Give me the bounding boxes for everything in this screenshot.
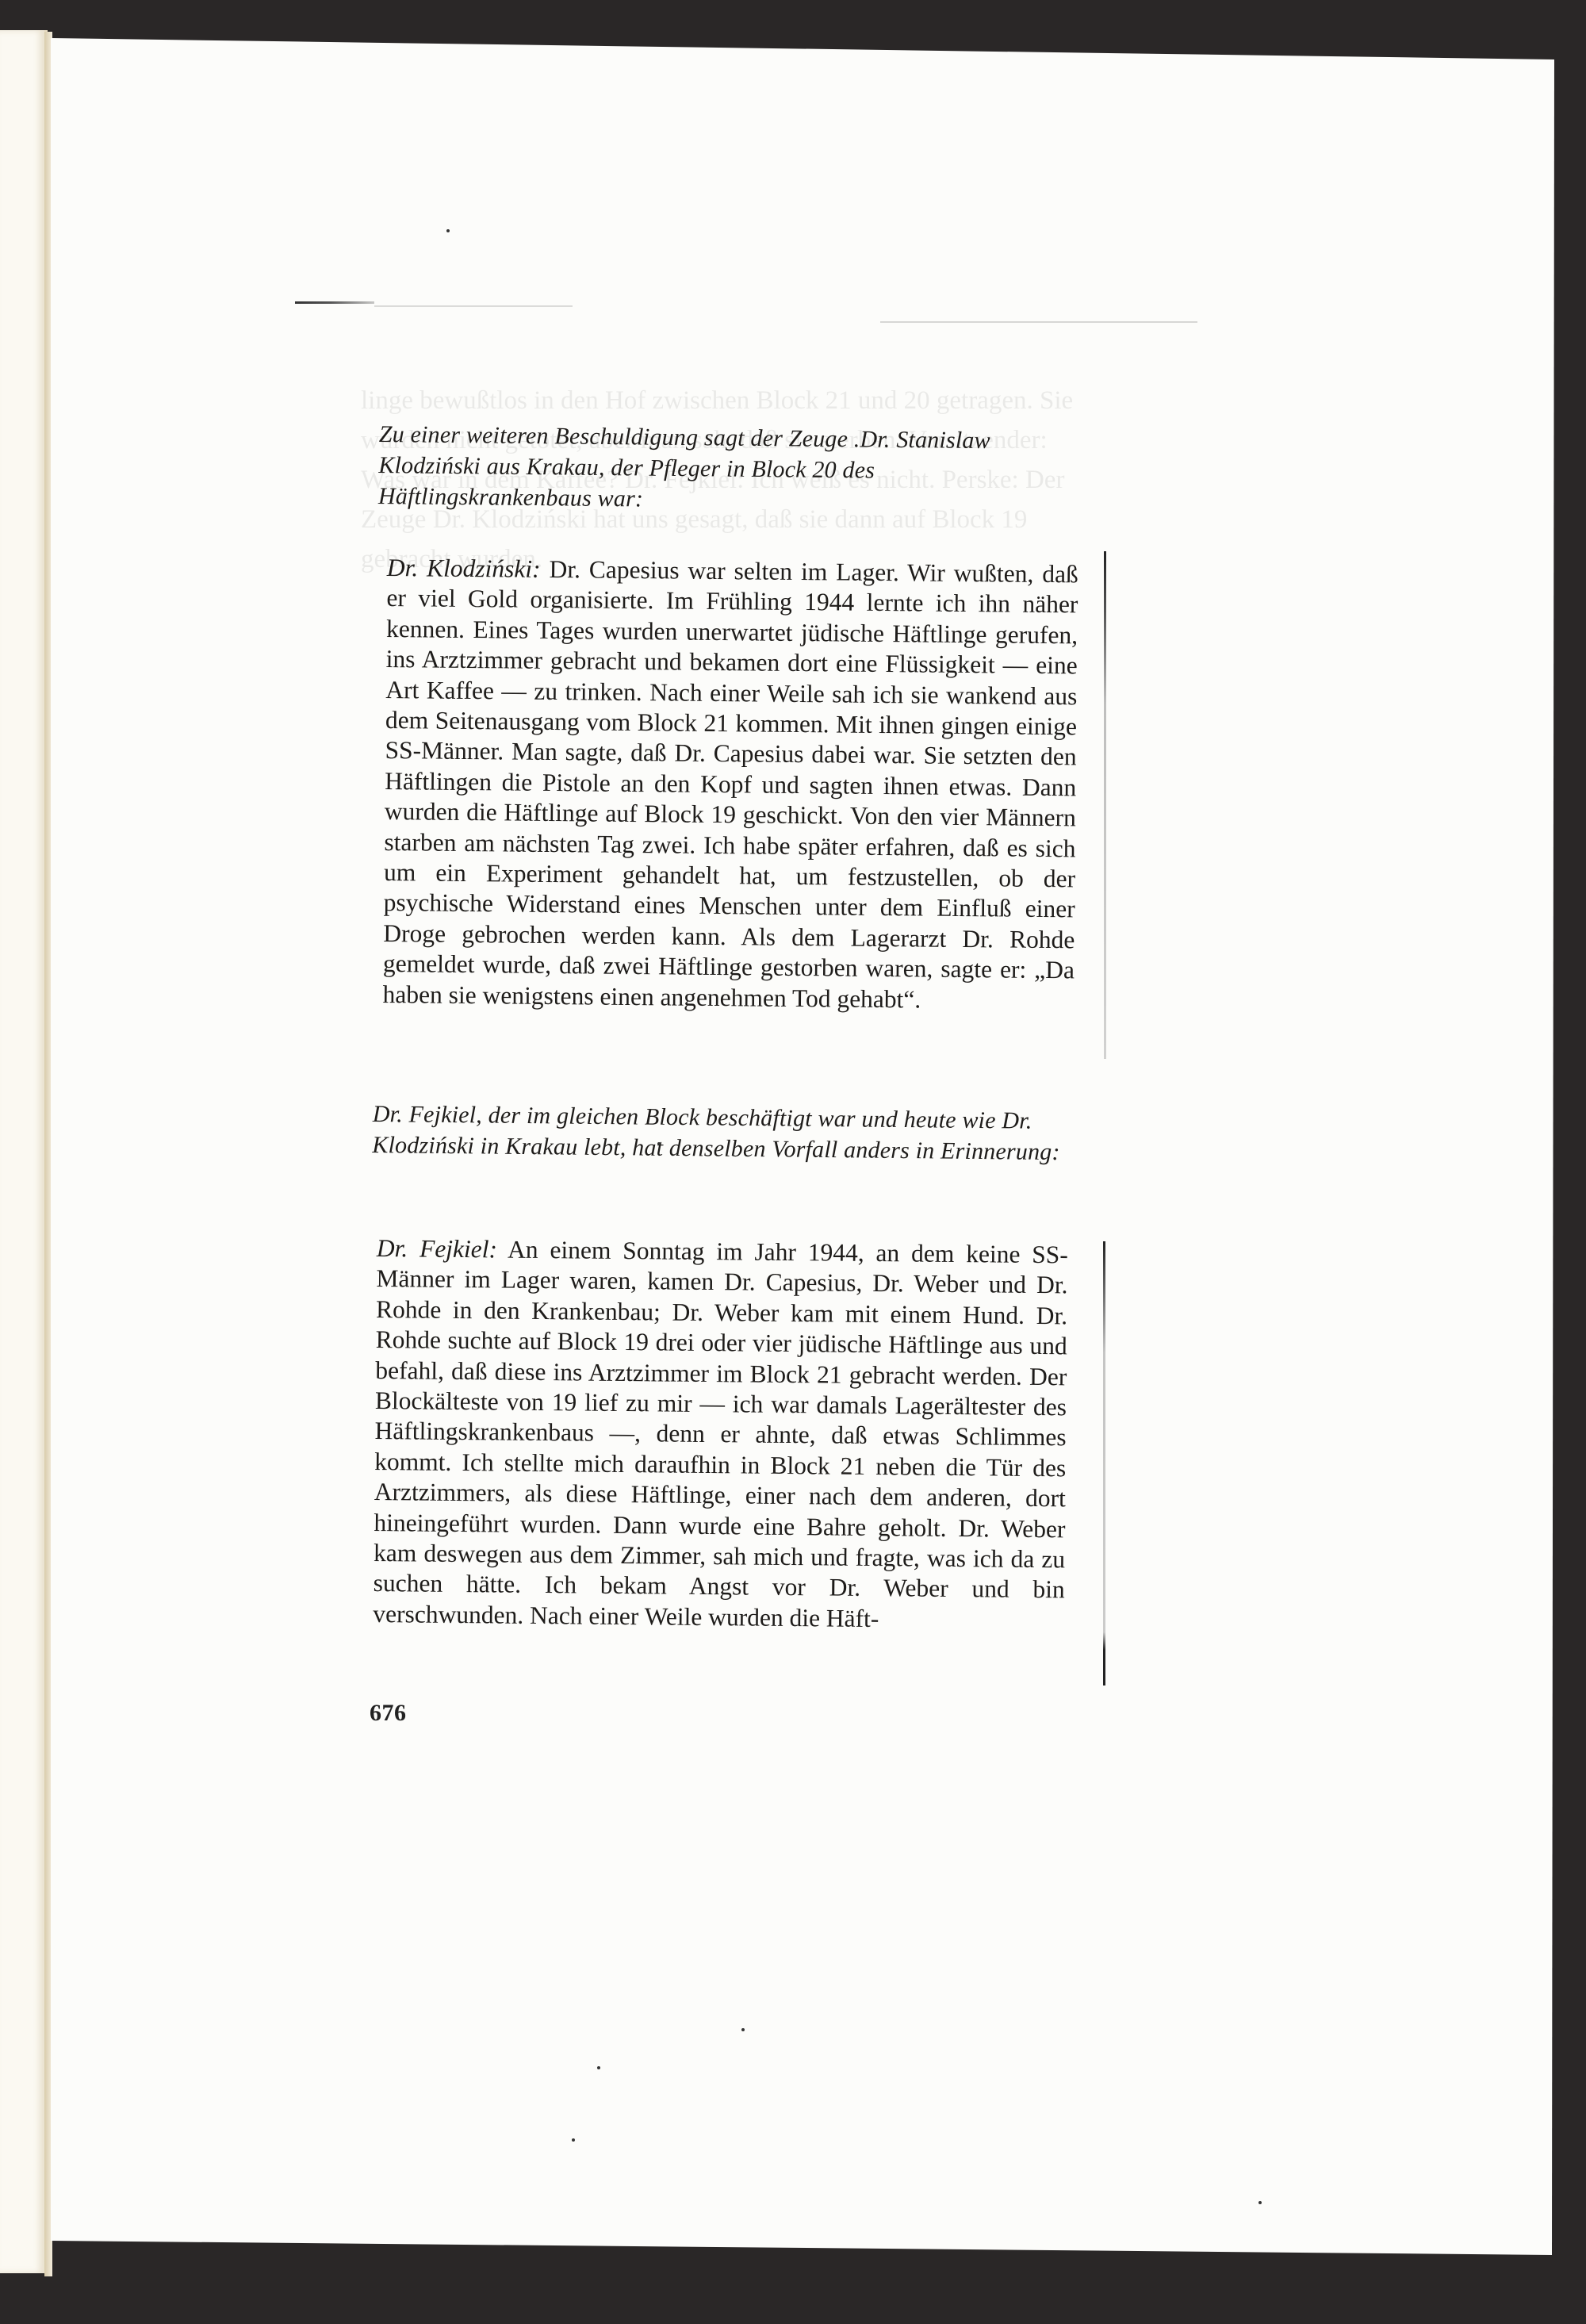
top-rule-right-faint xyxy=(880,321,1197,323)
paper-speck xyxy=(741,2028,745,2031)
testimony-paragraph-1: Dr. Klodziński: Dr. Capesius war selten … xyxy=(382,553,1078,1016)
testimony-text: An einem Sonntag im Jahr 1944, an dem ke… xyxy=(373,1235,1068,1632)
paper-speck xyxy=(572,2138,575,2142)
intro-paragraph-1: Zu einer weiteren Beschuldigung sagt der… xyxy=(378,419,1077,519)
top-rule-faint xyxy=(374,305,573,307)
testimony-paragraph-2: Dr. Fejkiel: An einem Sonntag im Jahr 19… xyxy=(373,1233,1068,1636)
paper-speck xyxy=(1258,2201,1262,2204)
testimony-text: Dr. Capesius war selten im Lager. Wir wu… xyxy=(382,555,1078,1013)
paper-speck xyxy=(597,2066,600,2069)
margin-mark-1 xyxy=(1104,551,1106,1059)
page-number: 676 xyxy=(370,1700,407,1727)
paper-speck xyxy=(446,229,450,232)
paper-speck xyxy=(657,1142,661,1145)
intro-paragraph-2: Dr. Fejkiel, der im gleichen Block besch… xyxy=(372,1099,1071,1168)
speaker-label: Dr. Klodziński: xyxy=(387,554,541,583)
speaker-label: Dr. Fejkiel: xyxy=(377,1234,498,1263)
margin-mark-2 xyxy=(1103,1241,1105,1685)
top-rule-mark xyxy=(295,301,374,304)
adjacent-page-edge xyxy=(0,30,48,2273)
